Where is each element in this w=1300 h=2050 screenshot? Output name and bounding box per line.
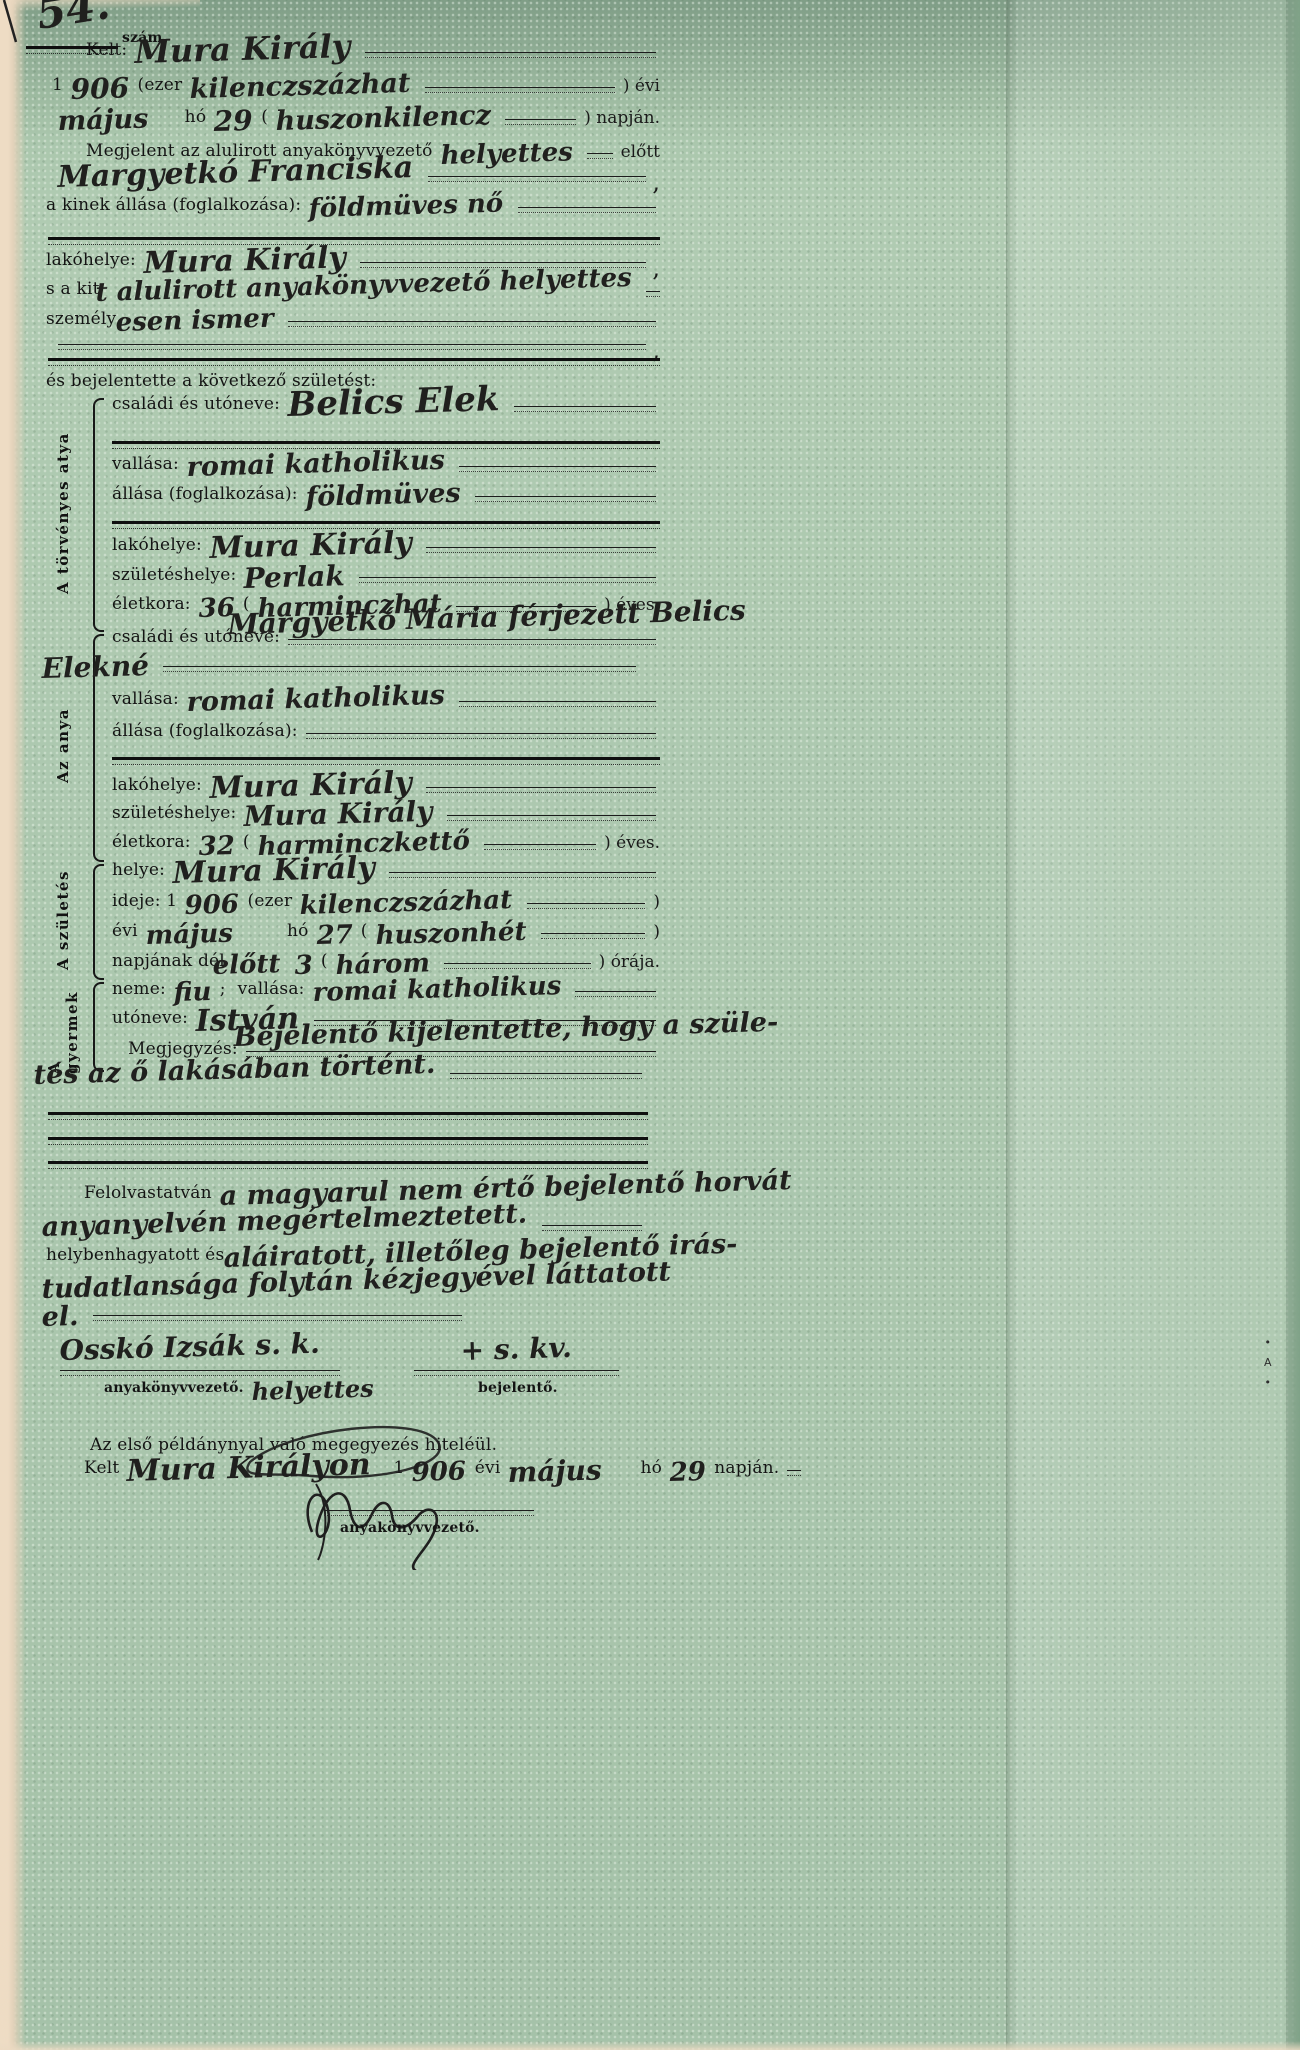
reporter-caption: bejelentő. xyxy=(478,1380,560,1399)
evi-label: évi xyxy=(112,922,138,942)
open-paren: ( xyxy=(321,952,328,972)
blank-line: , xyxy=(52,336,660,356)
footer-napjan-label: napján. xyxy=(714,1459,779,1479)
residence-label: lakóhelye: xyxy=(46,251,136,271)
note-handwritten-line2: tés az ő lakásában történt. xyxy=(33,1053,435,1089)
child-religion-handwritten: romai katholikus xyxy=(312,975,561,1005)
child-sex-handwritten: fiu xyxy=(173,981,211,1005)
birth-year-text-handwritten: kilenczszázhat xyxy=(300,889,513,918)
birth-hour-handwritten: 3 xyxy=(294,954,313,978)
section-divider xyxy=(48,1137,648,1145)
rule xyxy=(447,815,656,821)
rule xyxy=(389,872,656,878)
reporter-mark-handwritten: + s. kv. xyxy=(460,1335,572,1363)
day-suffix: ) napján. xyxy=(584,108,660,128)
elott-label: előtt xyxy=(621,142,660,162)
rule xyxy=(450,1073,642,1079)
birth-date-label: ideje: 1 xyxy=(112,892,177,912)
father-birthplace-label: születéshelye: xyxy=(112,566,236,586)
napjanak-label: napjának dél xyxy=(112,952,225,972)
footer-place-handwritten: Mura Királyon xyxy=(127,1451,372,1485)
scan-bottom-edge xyxy=(0,2041,1300,2050)
father-birthplace-handwritten: Perlak xyxy=(244,564,346,592)
semicolon: ; xyxy=(220,980,226,1000)
side-label-birth: A születés xyxy=(52,864,74,976)
father-residence-handwritten: Mura Király xyxy=(209,529,412,562)
footer-kelt-row: Kelt Mura Királyon 1 906 évi május hó 29… xyxy=(84,1458,660,1482)
rule xyxy=(306,733,656,739)
field-mother-birthplace: születéshelye: Mura Király xyxy=(112,804,660,827)
side-label-father: A törvényes atya xyxy=(52,398,74,628)
rule xyxy=(587,153,613,159)
rule xyxy=(359,577,656,583)
mother-age-label: életkora: xyxy=(112,833,191,853)
registrar-caption-handwritten: helyettes xyxy=(251,1377,374,1402)
closing-handwritten-5: el. xyxy=(41,1305,79,1330)
reporter-mark-row: + s. kv. xyxy=(455,1338,580,1360)
registrar-signature-row: Osskó Izsák s. k. xyxy=(54,1338,344,1360)
bracket-birth xyxy=(93,864,104,980)
registrar-signature-handwritten: Osskó Izsák s. k. xyxy=(59,1331,320,1363)
bracket-father xyxy=(93,398,104,632)
section-divider xyxy=(48,358,660,366)
birth-day-text-handwritten: huszonhét xyxy=(375,920,527,948)
reporter-caption-label: bejelentő. xyxy=(478,1380,558,1396)
year-text-handwritten: kilenczszázhat xyxy=(190,72,411,102)
birth-year-handwritten: 906 xyxy=(185,893,240,918)
father-residence-label: lakóhelye: xyxy=(112,536,202,556)
field-personally-known: személy esen ismer xyxy=(46,310,660,333)
open-paren: ( xyxy=(361,922,368,942)
mother-occupation-label: állása (foglalkozása): xyxy=(112,722,298,742)
rule xyxy=(505,119,576,125)
footer-year-handwritten: 906 xyxy=(412,1460,467,1485)
birth-day-suffix: ) xyxy=(653,922,660,942)
field-kelt: Kelt: Mura Király xyxy=(86,38,660,64)
field-month-day: május hó 29 ( huszonkilencz ) napján. xyxy=(52,108,660,131)
mother-religion-label: vallása: xyxy=(112,690,179,710)
mother-name2-handwritten: Elekné xyxy=(41,653,149,681)
birth-date-paren: (ezer xyxy=(248,892,293,912)
rule xyxy=(542,1225,642,1231)
kelt-value-handwritten: Mura Király xyxy=(135,32,351,67)
scan-left-edge xyxy=(0,0,26,2050)
rule xyxy=(541,933,646,939)
birth-hour-suffix: ) órája. xyxy=(599,952,660,972)
kelt-label: Kelt: xyxy=(86,41,127,61)
edge-mark: • xyxy=(1265,1376,1272,1389)
field-mother-age: életkora: 32 ( harminczkettő ) éves. xyxy=(112,833,660,856)
rule xyxy=(163,666,636,672)
year-handwritten: 906 xyxy=(70,75,129,102)
day-text-handwritten: huszonkilencz xyxy=(275,104,491,134)
field-father-name: családi és utóneve: Belics Elek xyxy=(112,390,660,418)
father-occupation-label: állása (foglalkozása): xyxy=(112,485,298,505)
rule xyxy=(93,1315,462,1321)
mother-religion-handwritten: romai katholikus xyxy=(186,684,445,716)
field-child-sex-religion: neme: fiu ; vallása: romai katholikus xyxy=(112,980,660,1003)
page-right-edge xyxy=(1286,0,1300,2050)
father-occupation-handwritten: földmüves xyxy=(305,482,461,511)
field-birth-month-day: évi május hó 27 ( huszonhét ) xyxy=(112,922,660,945)
rule xyxy=(426,787,656,793)
birth-place-label: helye: xyxy=(112,861,165,881)
rule xyxy=(646,291,660,297)
mother-residence-label: lakóhelye: xyxy=(112,776,202,796)
field-birth-place: helye: Mura Király xyxy=(112,860,660,884)
rule xyxy=(324,1510,534,1516)
rule xyxy=(426,547,656,553)
year-suffix: ) évi xyxy=(623,76,660,96)
child-sex-label: neme: xyxy=(112,980,166,1000)
field-birth-year: ideje: 1 906 (ezer kilenczszázhat ) xyxy=(112,892,660,915)
section-divider xyxy=(48,237,660,245)
child-name-label: utóneve: xyxy=(112,1009,188,1029)
footer-kelt-label: Kelt xyxy=(84,1459,119,1479)
szemely-handwritten: esen ismer xyxy=(116,308,275,336)
field-mother-religion: vallása: romai katholikus xyxy=(112,690,660,713)
napjanak-handwritten: előtt xyxy=(212,953,280,978)
edge-mark: A xyxy=(1264,1356,1272,1369)
felolvastatvan-label: Felolvastatván xyxy=(84,1184,212,1204)
father-name-label: családi és utóneve: xyxy=(112,395,280,415)
occupation-handwritten: földmüves nő xyxy=(309,193,504,222)
helybenhagyatott-label: helybenhagyatott és xyxy=(46,1246,224,1266)
father-religion-handwritten: romai katholikus xyxy=(186,449,445,481)
field-father-residence: lakóhelye: Mura Király xyxy=(112,535,660,559)
page-edge-marks: • A • xyxy=(1264,1336,1272,1389)
father-name-handwritten: Belics Elek xyxy=(287,384,500,420)
ho-label: hó xyxy=(185,108,207,128)
field-father-religion: vallása: romai katholikus xyxy=(112,455,660,478)
section-divider xyxy=(48,1161,648,1169)
sakit-label: s a kit xyxy=(46,280,100,300)
mother-birthplace-label: születéshelye: xyxy=(112,804,236,824)
edge-mark: • xyxy=(1265,1336,1272,1349)
scanned-birth-register-page: { "colors": {"paper_green":"#abc7ae","ed… xyxy=(0,0,1300,2050)
ho-label: hó xyxy=(287,922,309,942)
rule xyxy=(514,406,656,412)
footer-year-prefix: 1 xyxy=(393,1459,404,1479)
rule xyxy=(787,1470,801,1476)
birth-day-handwritten: 27 xyxy=(316,924,353,948)
child-religion-label: vallása: xyxy=(238,980,305,1000)
footer-ho-label: hó xyxy=(641,1459,663,1479)
right-blank-page xyxy=(1006,0,1300,2050)
mother-birthplace-handwritten: Mura Király xyxy=(244,799,433,829)
registrar-caption-label: anyakönyvvezető. xyxy=(104,1380,244,1396)
year-prefix: 1 xyxy=(52,76,63,96)
comma-mark: , xyxy=(652,168,660,196)
footer-month-handwritten: május xyxy=(508,1457,603,1485)
field-note-continued: tés az ő lakásában történt. xyxy=(28,1064,646,1085)
rule xyxy=(484,844,596,850)
rule xyxy=(459,701,656,707)
open-paren: ( xyxy=(243,833,250,853)
rule xyxy=(575,991,656,997)
day-handwritten: 29 xyxy=(214,108,254,134)
field-reporter-name: Margyetkó Franciska , xyxy=(52,164,660,188)
field-mother-occupation: állása (foglalkozása): xyxy=(112,722,660,745)
closing-line5: el. xyxy=(36,1306,466,1327)
footer-evi-label: évi xyxy=(475,1459,501,1479)
birth-month-handwritten: május xyxy=(145,922,233,948)
registrar-caption: anyakönyvvezető. helyettes xyxy=(104,1380,382,1399)
rule xyxy=(414,1370,619,1376)
year-paren: (ezer xyxy=(137,76,182,96)
father-religion-label: vallása: xyxy=(112,455,179,475)
birth-date-suffix: ) xyxy=(653,892,660,912)
field-known-by: s a kit t alulirott anyakönyvvezető hely… xyxy=(46,280,660,303)
rule xyxy=(365,52,656,58)
father-age-label: életkora: xyxy=(112,595,191,615)
rule xyxy=(518,207,656,213)
field-father-birthplace: születéshelye: Perlak xyxy=(112,566,660,589)
rule xyxy=(527,903,645,909)
rule xyxy=(444,963,591,969)
footer-registrar-caption: anyakönyvvezető. xyxy=(340,1520,482,1539)
month-handwritten: május xyxy=(57,107,148,134)
section-divider xyxy=(112,757,660,765)
record-number: 54. xyxy=(34,0,121,31)
rule xyxy=(58,344,646,350)
rule xyxy=(428,176,647,182)
rule xyxy=(425,87,615,93)
closing-line4: tudatlansága folytán kézjegyével láttato… xyxy=(36,1278,679,1299)
rule xyxy=(459,466,656,472)
rule xyxy=(288,639,656,645)
rule xyxy=(288,321,656,327)
mother-age-suffix: ) éves. xyxy=(604,833,660,853)
open-paren: ( xyxy=(261,108,268,128)
szemely-label: személy xyxy=(46,310,116,330)
closing-handwritten-2: anyanyelvén megértelmeztetett. xyxy=(41,1202,527,1240)
field-birth-hour: napjának dél előtt 3 ( három ) órája. xyxy=(112,952,660,975)
field-mother-name-continued: Elekné xyxy=(36,656,640,678)
record-number-value: 54. xyxy=(34,0,112,34)
reporter-name-handwritten: Margyetkó Franciska xyxy=(57,154,413,191)
occupation-label: a kinek állása (foglalkozása): xyxy=(46,196,301,216)
field-reporter-occupation: a kinek állása (foglalkozása): földmüves… xyxy=(46,196,660,219)
field-father-occupation: állása (foglalkozása): földmüves xyxy=(112,485,660,508)
footer-day-handwritten: 29 xyxy=(669,1461,706,1485)
field-year: 1 906 (ezer kilenczszázhat ) évi xyxy=(52,76,660,99)
comma-mark: , xyxy=(652,254,660,282)
section-divider xyxy=(48,1112,648,1120)
birth-place-handwritten: Mura Király xyxy=(172,854,375,887)
rule xyxy=(475,496,656,502)
